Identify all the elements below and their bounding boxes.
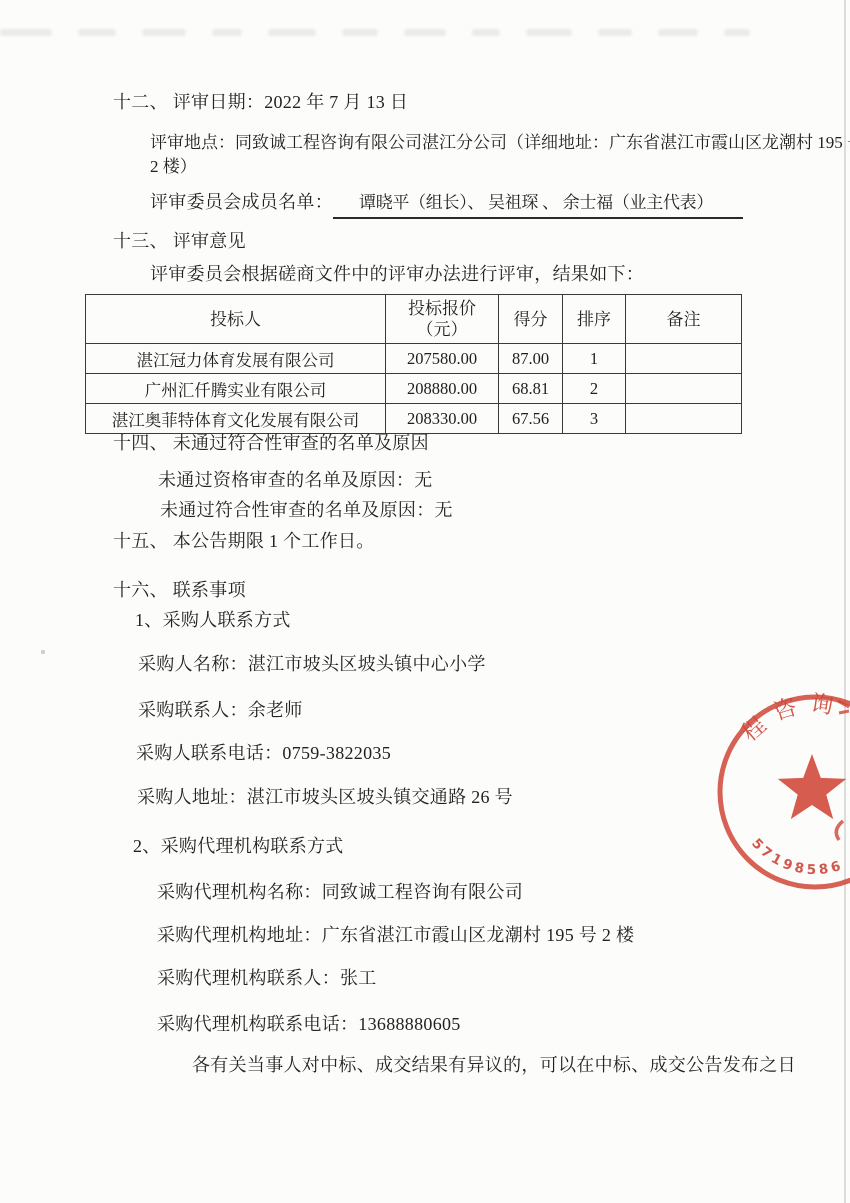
col-header-score: 得分 [499, 295, 563, 344]
table-row: 湛江冠力体育发展有限公司 207580.00 87.00 1 [86, 344, 742, 374]
cell-bid-price: 208330.00 [386, 404, 499, 434]
cell-remarks [626, 374, 742, 404]
scan-dot-artifact [41, 650, 45, 654]
cell-remarks [626, 404, 742, 434]
conformity-review-line: 未通过符合性审查的名单及原因：无 [160, 498, 453, 522]
agency-contact-title: 2、采购代理机构联系方式 [133, 834, 344, 858]
section-14-heading: 十四、 未通过符合性审查的名单及原因 [113, 431, 429, 455]
col-header-remarks: 备注 [626, 295, 742, 344]
col-header-bidder: 投标人 [86, 295, 386, 344]
purchaser-address: 采购人地址：湛江市坡头区坡头镇交通路 26 号 [137, 785, 513, 809]
cell-bidder: 广州汇仟腾实业有限公司 [86, 374, 386, 404]
cell-bid-price: 207580.00 [386, 344, 499, 374]
agency-contact-person: 采购代理机构联系人：张工 [157, 966, 377, 990]
col-header-rank: 排序 [563, 295, 626, 344]
seal-star-icon [778, 754, 846, 819]
document-page: 十二、 评审日期：2022 年 7 月 13 日 评审地点：同致诚工程咨询有限公… [0, 0, 850, 1203]
cell-score: 67.56 [499, 404, 563, 434]
col-header-bid-price: 投标报价 （元） [386, 295, 499, 344]
section-12-heading: 十二、 评审日期：2022 年 7 月 13 日 [113, 90, 408, 114]
dispute-notice-line: 各有关当事人对中标、成交结果有异议的，可以在中标、成交公告发布之日 [192, 1053, 796, 1077]
cell-score: 68.81 [499, 374, 563, 404]
section-13-heading: 十三、 评审意见 [113, 229, 246, 253]
svg-text:程咨询: 程咨询 [737, 691, 846, 747]
purchaser-contact-title: 1、采购人联系方式 [135, 608, 291, 632]
purchaser-name: 采购人名称：湛江市坡头区坡头镇中心小学 [138, 652, 486, 676]
seal-arc-text: 程咨询 [737, 691, 846, 747]
cell-bid-price: 208880.00 [386, 374, 499, 404]
committee-line: 评审委员会成员名单：谭晓平（组长）、 吴祖琛 、 余士福（业主代表） [150, 190, 743, 219]
section-15-heading: 十五、 本公告期限 1 个工作日。 [113, 529, 375, 553]
purchaser-phone: 采购人联系电话：0759-3822035 [136, 741, 391, 765]
scan-smudge-row [0, 29, 850, 39]
agency-name: 采购代理机构名称：同致诚工程咨询有限公司 [157, 880, 523, 904]
cell-rank: 1 [563, 344, 626, 374]
cell-score: 87.00 [499, 344, 563, 374]
paper-edge-line [844, 0, 846, 1203]
qualification-review-line: 未通过资格审查的名单及原因：无 [158, 468, 433, 492]
cell-rank: 3 [563, 404, 626, 434]
review-location-line1: 评审地点：同致诚工程咨询有限公司湛江分公司（详细地址：广东省湛江市霞山区龙潮村 … [150, 131, 850, 155]
company-seal-stamp: 程咨询 57198586 [690, 650, 850, 950]
seal-partial-mark [836, 821, 843, 840]
cell-rank: 2 [563, 374, 626, 404]
committee-label: 评审委员会成员名单： [150, 192, 333, 212]
section-16-heading: 十六、 联系事项 [113, 578, 246, 602]
cell-bidder: 湛江奥菲特体育文化发展有限公司 [86, 404, 386, 434]
agency-address: 采购代理机构地址：广东省湛江市霞山区龙潮村 195 号 2 楼 [157, 923, 634, 947]
review-location-line2: 2 楼） [150, 155, 197, 179]
cell-bidder: 湛江冠力体育发展有限公司 [86, 344, 386, 374]
table-row: 湛江奥菲特体育文化发展有限公司 208330.00 67.56 3 [86, 404, 742, 434]
evaluation-results-table: 投标人 投标报价 （元） 得分 排序 备注 湛江冠力体育发展有限公司 20758… [85, 294, 742, 434]
evaluation-intro: 评审委员会根据磋商文件中的评审办法进行评审，结果如下： [150, 262, 644, 286]
cell-remarks [626, 344, 742, 374]
agency-phone: 采购代理机构联系电话：13688880605 [157, 1012, 461, 1036]
table-row: 广州汇仟腾实业有限公司 208880.00 68.81 2 [86, 374, 742, 404]
committee-names: 谭晓平（组长）、 吴祖琛 、 余士福（业主代表） [333, 191, 743, 219]
table-header-row: 投标人 投标报价 （元） 得分 排序 备注 [86, 295, 742, 344]
purchaser-contact-person: 采购联系人：余老师 [138, 698, 303, 722]
